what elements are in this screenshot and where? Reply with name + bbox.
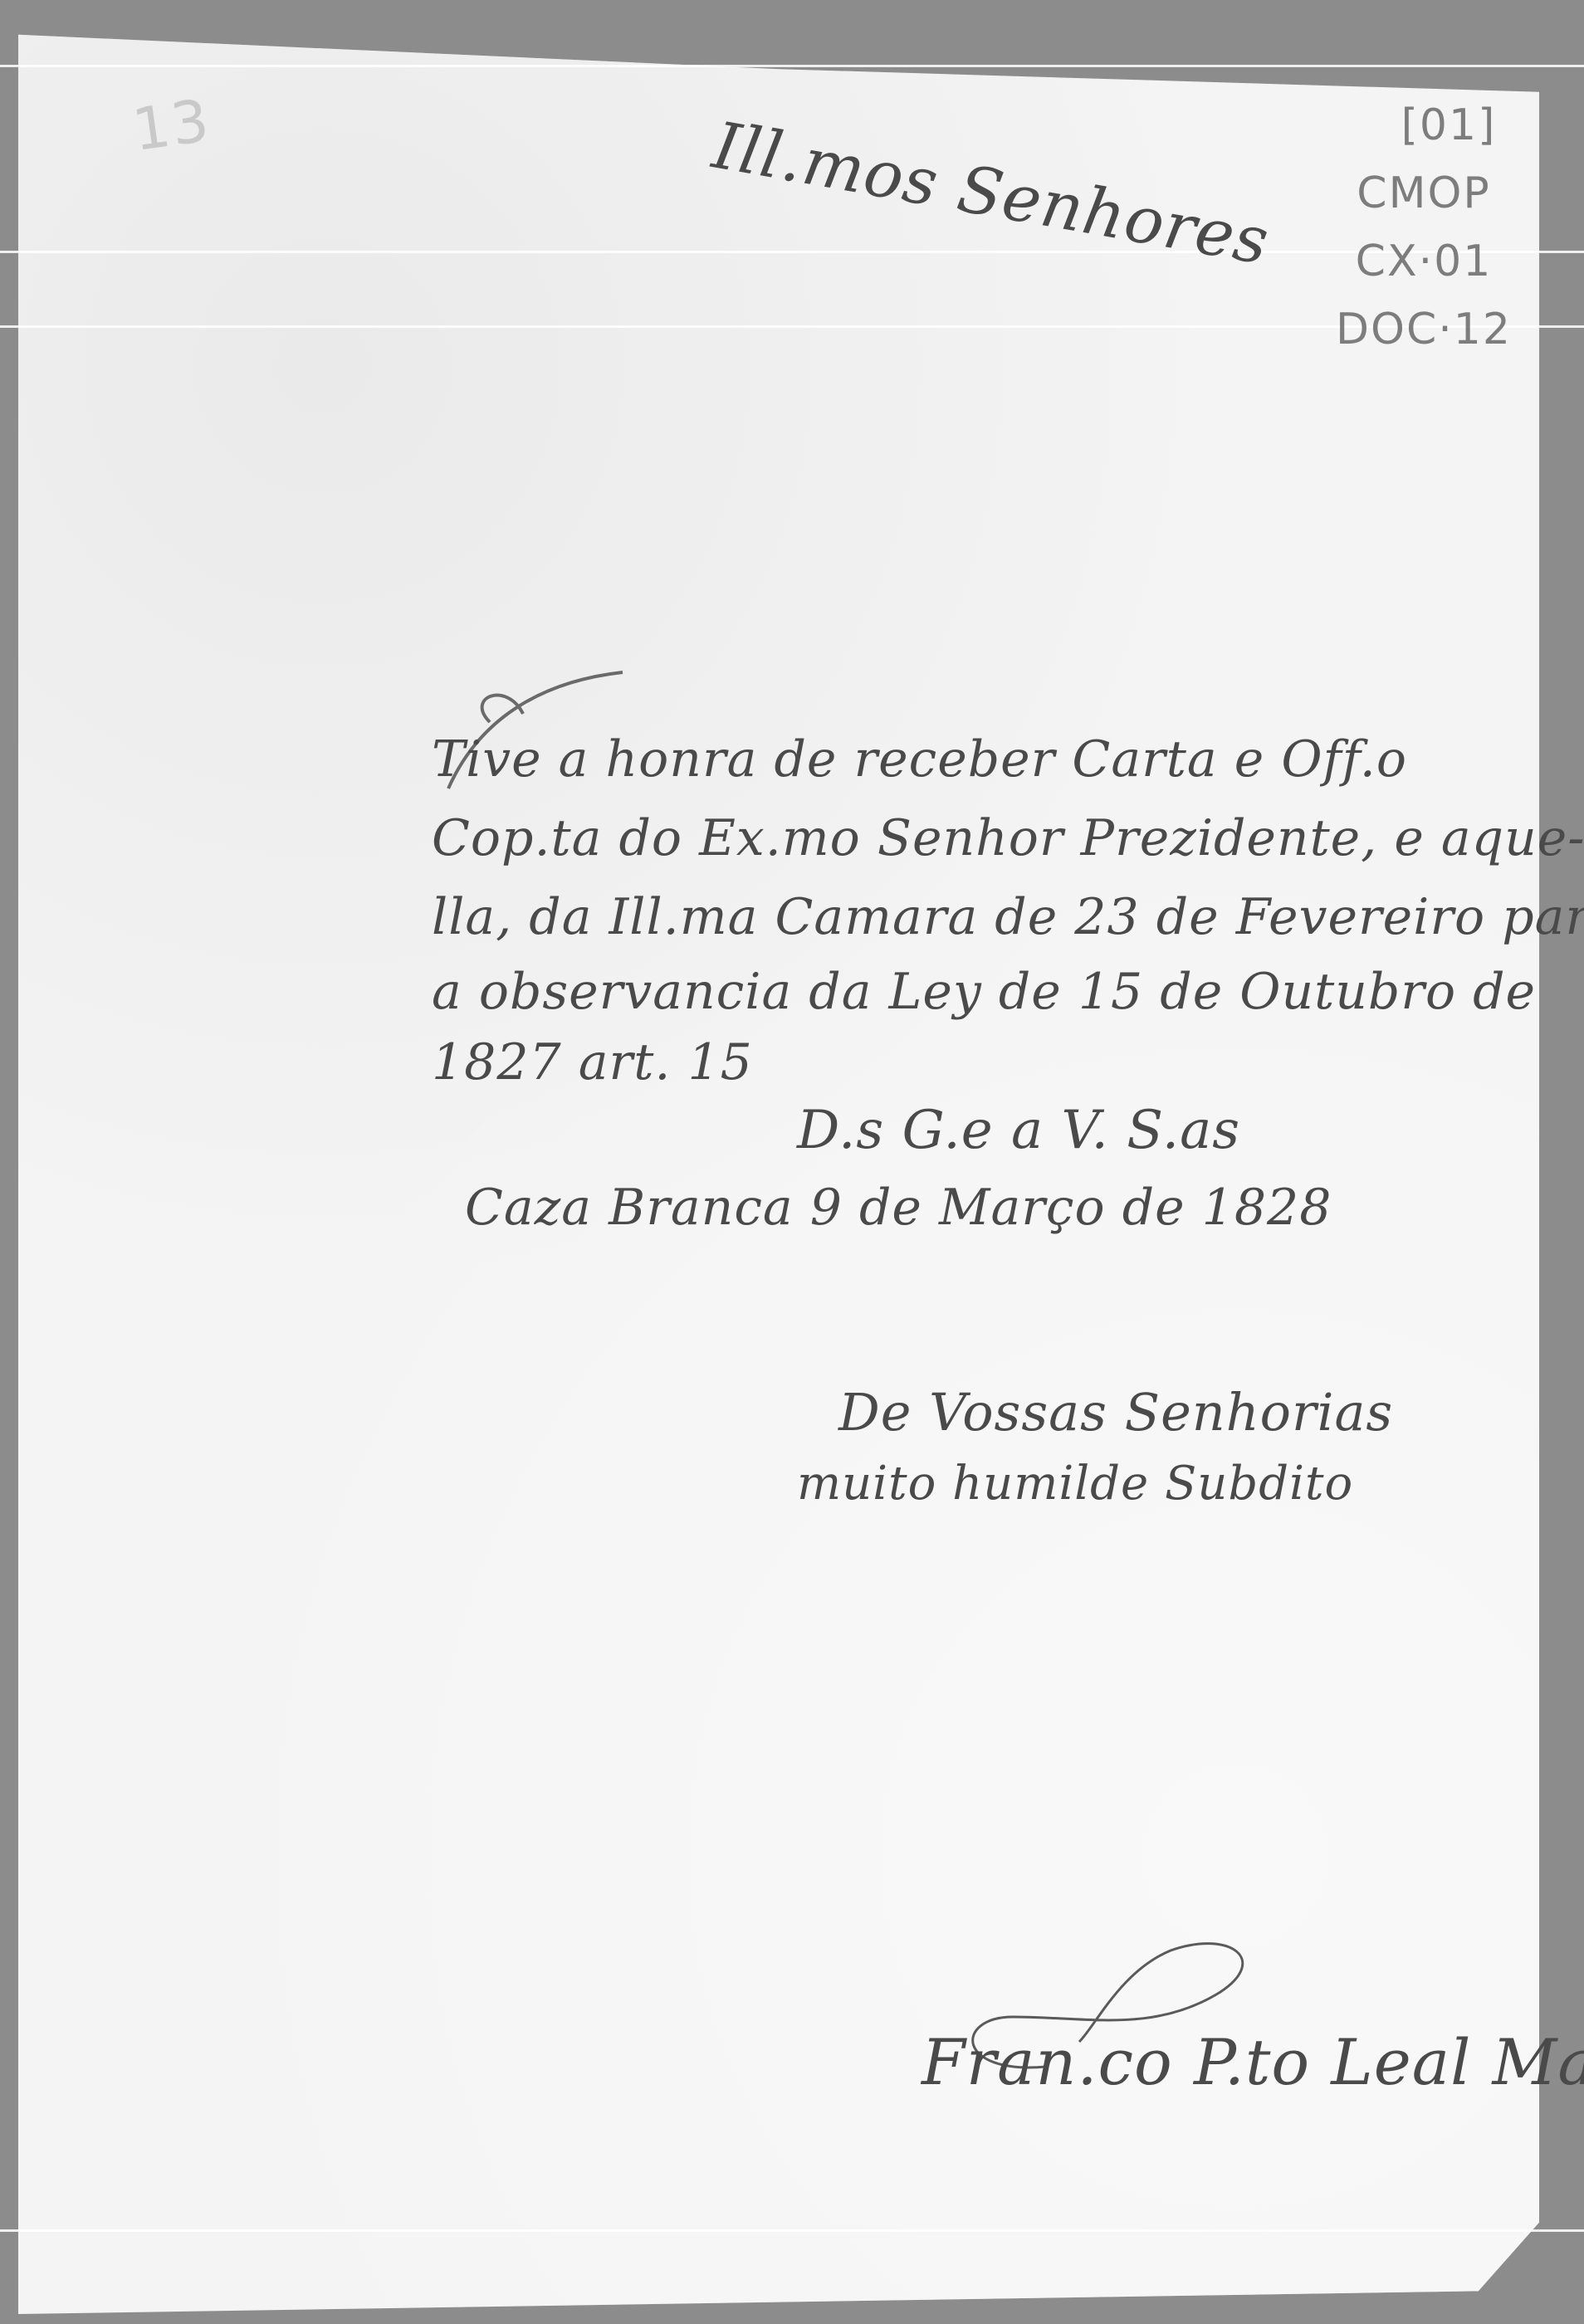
body-line-5: 1827 art. 15 — [432, 1033, 753, 1091]
archive-box-number: CX·01 — [1328, 227, 1519, 295]
scanned-document: 13 [01] CMOP CX·01 DOC·12 Ill.mos Senhor… — [0, 0, 1584, 2324]
scan-line-artifact — [0, 65, 1584, 67]
closing-line-2: muito humilde Subdito — [797, 1457, 1353, 1511]
archive-number: [01] — [1353, 91, 1544, 159]
body-line-4: a observancia da Ley de 15 de Outubro de — [432, 963, 1536, 1021]
archive-doc-number: DOC·12 — [1328, 295, 1519, 364]
closing-line-1: De Vossas Senhorias — [838, 1382, 1393, 1443]
blessing: D.s G.e a V. S.as — [797, 1100, 1240, 1161]
scan-line-artifact — [0, 2229, 1584, 2232]
archive-reference: [01] CMOP CX·01 DOC·12 — [1328, 91, 1519, 364]
archive-collection: CMOP — [1328, 159, 1519, 227]
body-line-3: lla, da Ill.ma Camara de 23 de Fevereiro… — [432, 888, 1584, 946]
folio-number: 13 — [129, 86, 215, 164]
body-line-1: Tive a honra de receber Carta e Off.o — [432, 730, 1407, 788]
body-line-2: Cop.ta do Ex.mo Senhor Prezidente, e aqu… — [432, 809, 1584, 867]
place-date: Caza Branca 9 de Março de 1828 — [465, 1179, 1332, 1237]
signature: Fran.co P.to Leal Mac.do — [922, 2025, 1584, 2099]
